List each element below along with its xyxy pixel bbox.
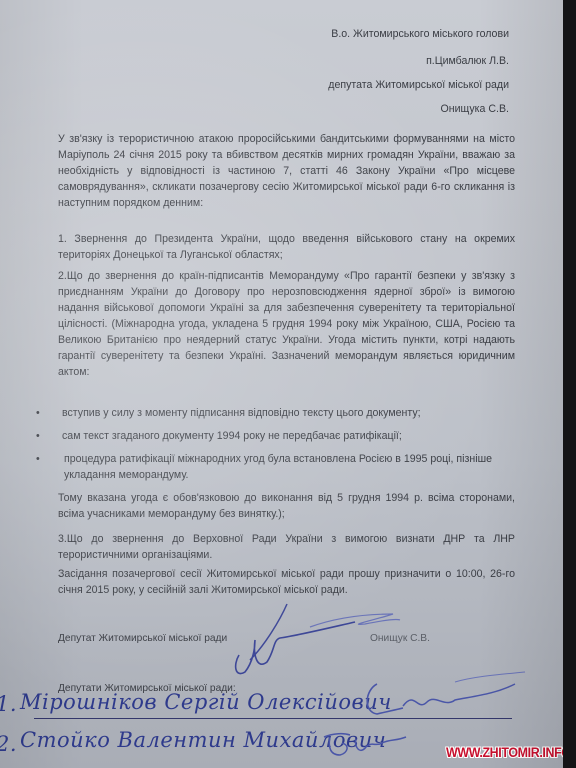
addressee-line-3: депутата Житомирської міської ради (328, 79, 509, 91)
document-page: В.о. Житомирського міського голови п.Цим… (0, 0, 563, 768)
closing-paragraph: Засідання позачергової сесії Житомирсько… (58, 566, 515, 598)
addressee-line-2: п.Цимбалюк Л.В. (426, 55, 509, 67)
signature-miroshnikov (355, 672, 535, 722)
agenda-item-3: 3.Що до звернення до Верховної Ради Укра… (58, 531, 515, 563)
bullet-icon: • (36, 405, 40, 421)
cosigner-1-number: 1. (0, 692, 17, 716)
addressee-line-1: В.о. Житомирського міського голови (331, 28, 509, 40)
agenda-item-2: 2.Що до звернення до країн-підписантів М… (58, 268, 515, 380)
agenda-item-2-conclusion: Тому вказана угода є обов'язковою до вик… (58, 490, 515, 522)
cosigner-2-number: 2. (0, 732, 17, 756)
intro-paragraph: У зв'язку із терористичною атакою пророс… (58, 131, 515, 211)
bullet-icon: • (36, 451, 40, 467)
cosigner-1-name: Мірошніков Сергій Олексійович (20, 690, 392, 714)
signatory-title: Депутат Житомирської міської ради (58, 633, 227, 644)
background-edge (563, 0, 576, 768)
bullet-icon: • (36, 428, 40, 444)
agenda-item-1: 1. Звернення до Президента України, щодо… (58, 231, 515, 263)
signature-onyshchuk (225, 600, 425, 680)
addressee-line-4: Онищука С.В. (441, 103, 509, 115)
site-watermark: WWW.ZHITOMIR.INFO (446, 745, 563, 760)
signature-stoiko (320, 725, 410, 765)
